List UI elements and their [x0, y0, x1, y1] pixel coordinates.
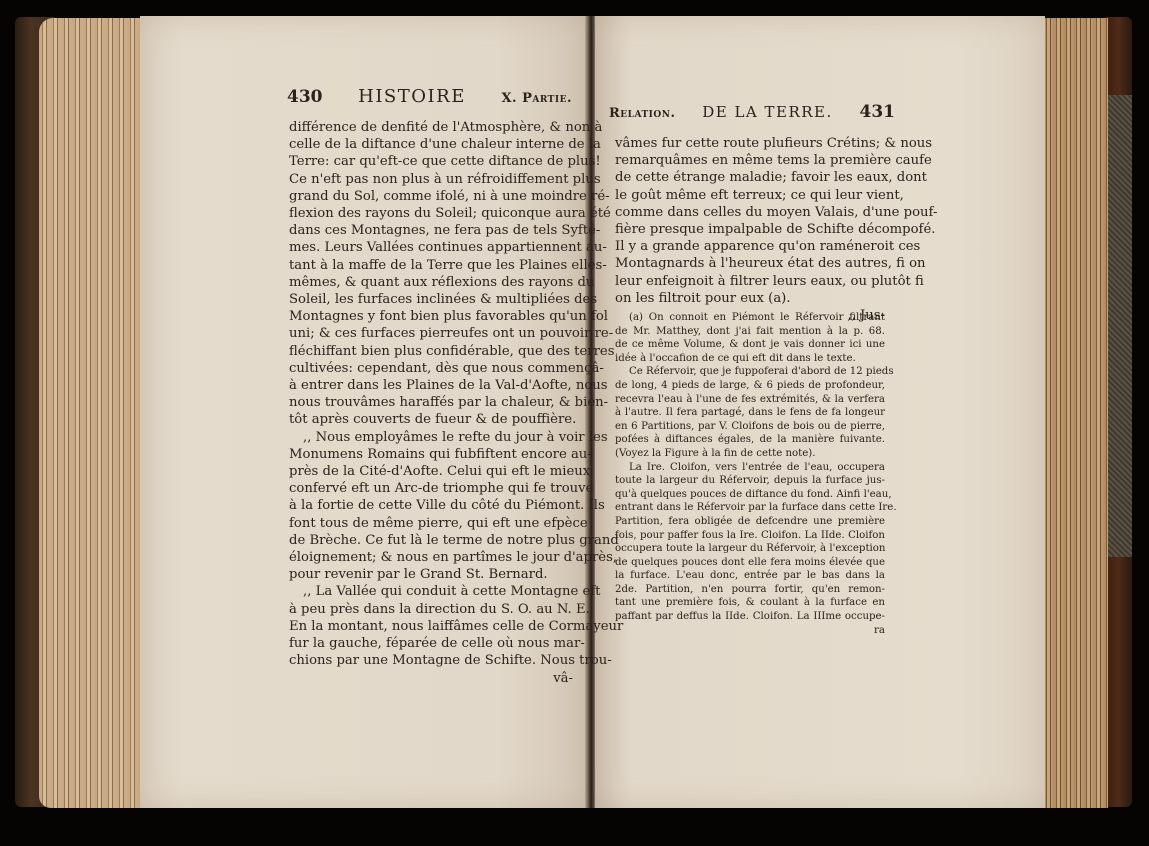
text-line: Il y a grande apparence qu'on raméneroit… [615, 238, 885, 255]
text-line: à peu près dans la direction du S. O. au… [289, 601, 573, 618]
text-line: tôt après couverts de fueur & de pouffiè… [289, 411, 573, 428]
text-line: mêmes, & quant aux réflexions des rayons… [289, 274, 573, 291]
footnote-line: 2de. Partition, n'en pourra fortir, qu'e… [615, 583, 885, 597]
text-line: pour revenir par le Grand St. Bernard. [289, 566, 573, 583]
text-line: de cette étrange maladie; favoir les eau… [615, 169, 885, 186]
section-label-left: X. Partie. [501, 91, 572, 106]
text-line: fur la gauche, féparée de celle où nous … [289, 635, 573, 652]
footnote-line: de long, 4 pieds de large, & 6 pieds de … [615, 379, 885, 393]
body-text-right: vâmes fur cette route plufieurs Crétins;… [615, 135, 885, 324]
right-page: Relation. DE LA TERRE. 431 vâmes fur cet… [595, 16, 1045, 808]
footnote-line: fois, pour paffer fous la Ire. Cloifon. … [615, 529, 885, 543]
text-line: nous trouvâmes haraffés par la chaleur, … [289, 394, 573, 411]
text-line: à la fortie de cette Ville du côté du Pi… [289, 497, 573, 514]
text-line: dans ces Montagnes, ne fera pas de tels … [289, 222, 573, 239]
text-line: remarquâmes en même tems la première cau… [615, 152, 885, 169]
text-line: uni; & ces furfaces pierreufes ont un po… [289, 325, 573, 342]
section-label-right: Relation. [609, 106, 675, 121]
footnote-line: de Mr. Matthey, dont j'ai fait mention à… [615, 325, 885, 339]
page-edges-right [1043, 18, 1108, 808]
text-line: fière presque impalpable de Schifte déco… [615, 221, 885, 238]
footnote-line: de quelques pouces dont elle fera moins … [615, 556, 885, 570]
text-line: à entrer dans les Plaines de la Val-d'Ao… [289, 377, 573, 394]
text-line: Ce n'eft pas non plus à un réfroidiffeme… [289, 171, 573, 188]
text-line: cultivées: cependant, dès que nous comme… [289, 360, 573, 377]
folio-left: 430 [287, 87, 323, 107]
running-title-left: HISTOIRE [358, 86, 466, 107]
text-line: de Brèche. Ce fut là le terme de notre p… [289, 532, 573, 549]
footnote-line: qu'à quelques pouces de diftance du fond… [615, 488, 885, 502]
text-line: tant à la maffe de la Terre que les Plai… [289, 257, 573, 274]
text-line: près de la Cité-d'Aofte. Celui qui eft l… [289, 463, 573, 480]
text-line: le goût même eft terreux; ce qui leur vi… [615, 187, 885, 204]
footnote-line: toute la largeur du Réfervoir, depuis la… [615, 474, 885, 488]
book-cover-right [1105, 17, 1132, 807]
text-line: En la montant, nous laiffâmes celle de C… [289, 618, 573, 635]
text-line: Monumens Romains qui fubfiftent encore a… [289, 446, 573, 463]
footnote-line: recevra l'eau à l'une de fes extrémités,… [615, 393, 885, 407]
text-line: comme dans celles du moyen Valais, d'une… [615, 204, 885, 221]
text-line: ,, Nous employâmes le refte du jour à vo… [289, 429, 573, 446]
text-line: grand du Sol, comme ifolé, ni à une moin… [289, 188, 573, 205]
running-head-left: 430 HISTOIRE X. Partie. [287, 86, 572, 108]
text-line: éloignement; & nous en partîmes le jour … [289, 549, 573, 566]
footnote-line: Partition, fera obligée de defcendre une… [615, 515, 885, 529]
footnote-line: occupera toute la largeur du Réfervoir, … [615, 542, 885, 556]
text-line: vâmes fur cette route plufieurs Crétins;… [615, 135, 885, 152]
text-line: flexion des rayons du Soleil; quiconque … [289, 205, 573, 222]
footnote-line: de ce même Volume, & dont je vais donner… [615, 338, 885, 352]
footnote-line: (Voyez la Figure à la fin de cette note)… [615, 447, 885, 461]
text-line: Montagnes y font bien plus favorables qu… [289, 308, 573, 325]
text-line: celle de la diftance d'une chaleur inter… [289, 136, 573, 153]
text-line: font tous de même pierre, qui eft une ef… [289, 515, 573, 532]
text-line: leur enfeignoit à filtrer leurs eaux, ou… [615, 273, 885, 290]
text-line: ,, La Vallée qui conduit à cette Montagn… [289, 583, 573, 600]
footnote-line: paffant par deffus la IIde. Cloifon. La … [615, 610, 885, 624]
catchword: vâ- [289, 670, 573, 687]
body-text-left: différence de denfité de l'Atmosphère, &… [289, 119, 573, 687]
catchword: ra [615, 624, 885, 638]
footnote-line: entrant dans le Réfervoir par la furface… [615, 501, 885, 515]
folio-right: 431 [860, 102, 896, 122]
text-line: différence de denfité de l'Atmosphère, &… [289, 119, 573, 136]
text-line: mes. Leurs Vallées continues appartienne… [289, 239, 573, 256]
footnote-line: Ce Réfervoir, que je fuppoferai d'abord … [615, 365, 885, 379]
footnote-line: (a) On connoit en Piémont le Réfervoir f… [615, 311, 885, 325]
text-line: Soleil, les furfaces inclinées & multipl… [289, 291, 573, 308]
footnote-line: à l'autre. Il fera partagé, dans le fens… [615, 406, 885, 420]
page-edges-left [39, 18, 140, 808]
footnote-line: idée à l'occafion de ce qui eft dit dans… [615, 352, 885, 366]
text-line: confervé eft un Arc-de triomphe qui fe t… [289, 480, 573, 497]
text-line: on les filtroit pour eux (a). [615, 290, 885, 307]
footnote-block: (a) On connoit en Piémont le Réfervoir f… [615, 311, 885, 637]
running-head-right: Relation. DE LA TERRE. 431 [609, 102, 895, 124]
footnote-line: pofées à diftances égales, de la manière… [615, 433, 885, 447]
footnote-line: La Ire. Cloifon, vers l'entrée de l'eau,… [615, 461, 885, 475]
text-line: fléchiffant bien plus confidérable, que … [289, 343, 573, 360]
footnote-line: tant une première fois, & coulant à la f… [615, 596, 885, 610]
cover-cloth-texture [1105, 95, 1132, 557]
running-title-right: DE LA TERRE. [702, 103, 833, 121]
text-line: chions par une Montagne de Schifte. Nous… [289, 652, 573, 669]
text-line: Montagnards à l'heureux état des autres,… [615, 255, 885, 272]
footnote-line: en 6 Partitions, par V. Cloifons de bois… [615, 420, 885, 434]
text-line: Terre: car qu'eft-ce que cette diftance … [289, 153, 573, 170]
footnote-line: la furface. L'eau donc, entrée par le ba… [615, 569, 885, 583]
